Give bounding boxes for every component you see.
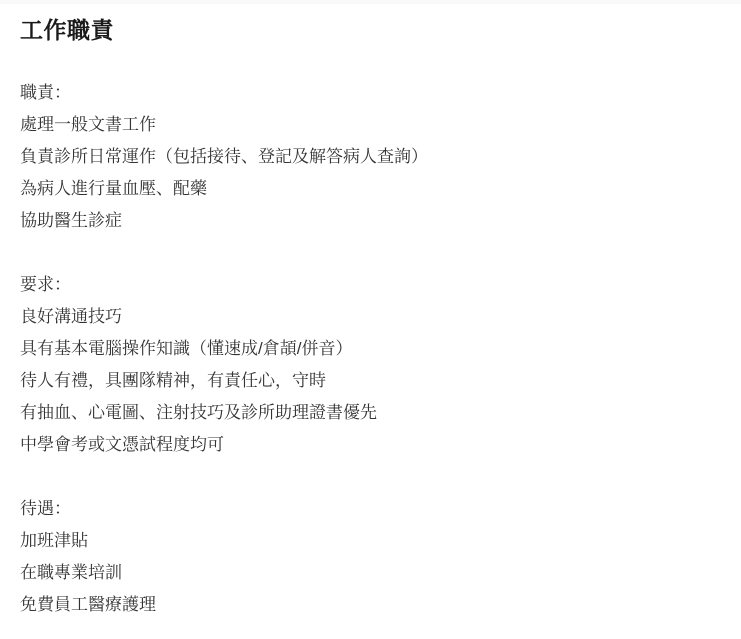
text-line: 有抽血、心電圖、注射技巧及診所助理證書優先	[20, 397, 721, 429]
text-line: 在職專業培訓	[20, 557, 721, 589]
section-requirements: 要求： 良好溝通技巧 具有基本電腦操作知識（懂速成/倉頡/併音） 待人有禮，具團…	[20, 269, 721, 461]
section-heading: 待遇：	[20, 493, 721, 525]
text-line: 負責診所日常運作（包括接待、登記及解答病人查詢）	[20, 141, 721, 173]
text-line: 協助醫生診症	[20, 205, 721, 237]
section-benefits: 待遇： 加班津貼 在職專業培訓 免費員工醫療護理	[20, 493, 721, 621]
text-line: 免費員工醫療護理	[20, 589, 721, 621]
text-line: 具有基本電腦操作知識（懂速成/倉頡/併音）	[20, 333, 721, 365]
job-description-panel: 工作職責 職責： 處理一般文書工作 負責診所日常運作（包括接待、登記及解答病人查…	[0, 0, 741, 639]
text-line: 中學會考或文憑試程度均可	[20, 429, 721, 461]
text-line: 處理一般文書工作	[20, 109, 721, 141]
section-duties: 職責： 處理一般文書工作 負責診所日常運作（包括接待、登記及解答病人查詢） 為病…	[20, 77, 721, 237]
page-title: 工作職責	[20, 13, 721, 47]
text-line: 為病人進行量血壓、配藥	[20, 173, 721, 205]
text-line: 良好溝通技巧	[20, 301, 721, 333]
text-line: 加班津貼	[20, 525, 721, 557]
top-divider	[0, 0, 741, 4]
section-heading: 要求：	[20, 269, 721, 301]
section-heading: 職責：	[20, 77, 721, 109]
text-line: 待人有禮，具團隊精神，有責任心，守時	[20, 365, 721, 397]
